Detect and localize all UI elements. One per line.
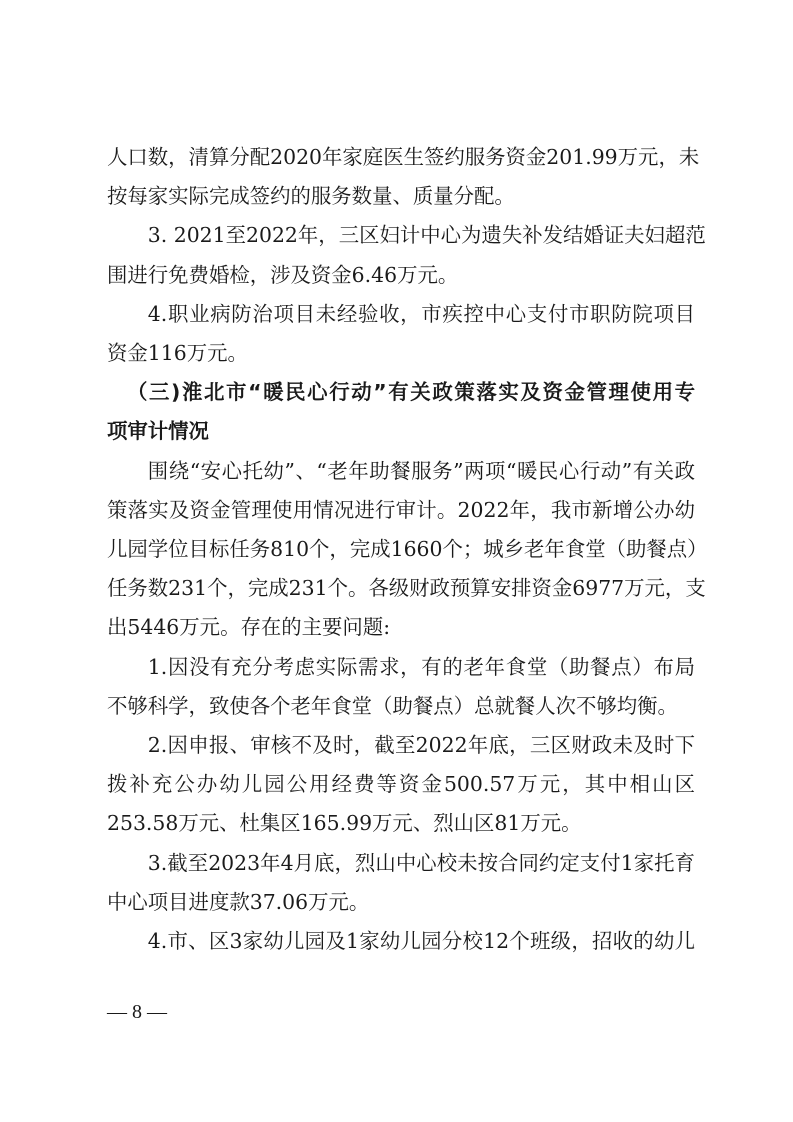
paragraph-item-3-premarital-check: 3. 2021至2022年，三区妇计中心为遗失补发结婚证夫妇超范 围进行免费婚检…: [107, 216, 695, 294]
text-line: 253.58万元、杜集区165.99万元、烈山区81万元。: [107, 804, 695, 843]
paragraph-issue-4: 4.市、区3家幼儿园及1家幼儿园分校12个班级，招收的幼儿: [107, 922, 695, 961]
paragraph-item-4-occupational-disease: 4.职业病防治项目未经验收，市疾控中心支付市职防院项目 资金116万元。: [107, 295, 695, 373]
text-line: 中心项目进度款37.06万元。: [107, 883, 695, 922]
page-number: — 8 —: [107, 1001, 167, 1024]
paragraph-family-doctor-funds: 人口数，清算分配2020年家庭医生签约服务资金201.99万元，未 按每家实际完…: [107, 138, 695, 216]
text-line: 人口数，清算分配2020年家庭医生签约服务资金201.99万元，未: [107, 138, 695, 177]
text-line: 围进行免费婚检，涉及资金6.46万元。: [107, 256, 695, 295]
text-line: 出5446万元。存在的主要问题:: [107, 608, 695, 647]
text-line: 4.市、区3家幼儿园及1家幼儿园分校12个班级，招收的幼儿: [107, 922, 695, 961]
paragraph-audit-overview: 围绕“安心托幼”、“老年助餐服务”两项“暖民心行动”有关政 策落实及资金管理使用…: [107, 452, 695, 648]
text-line: 4.职业病防治项目未经验收，市疾控中心支付市职防院项目: [107, 295, 695, 334]
text-line: 拨补充公办幼儿园公用经费等资金500.57万元，其中相山区: [107, 765, 695, 804]
text-line: 1.因没有充分考虑实际需求，有的老年食堂（助餐点）布局: [107, 648, 695, 687]
text-line: 资金116万元。: [107, 334, 695, 373]
paragraph-issue-2: 2.因申报、审核不及时，截至2022年底，三区财政未及时下 拨补充公办幼儿园公用…: [107, 726, 695, 844]
text-line: 任务数231个，完成231个。各级财政预算安排资金6977万元，支: [107, 569, 695, 608]
heading-line: 项审计情况: [107, 412, 695, 451]
paragraph-issue-3: 3.截至2023年4月底，烈山中心校未按合同约定支付1家托育 中心项目进度款37…: [107, 844, 695, 922]
text-line: 不够科学，致使各个老年食堂（助餐点）总就餐人次不够均衡。: [107, 687, 695, 726]
text-line: 按每家实际完成签约的服务数量、质量分配。: [107, 177, 695, 216]
paragraph-issue-1: 1.因没有充分考虑实际需求，有的老年食堂（助餐点）布局 不够科学，致使各个老年食…: [107, 648, 695, 726]
section-heading-3: （三)淮北市“暖民心行动”有关政策落实及资金管理使用专 项审计情况: [107, 373, 695, 451]
text-line: 围绕“安心托幼”、“老年助餐服务”两项“暖民心行动”有关政: [107, 452, 695, 491]
text-line: 策落实及资金管理使用情况进行审计。2022年，我市新增公办幼: [107, 491, 695, 530]
text-line: 3. 2021至2022年，三区妇计中心为遗失补发结婚证夫妇超范: [107, 216, 695, 255]
text-line: 儿园学位目标任务810个，完成1660个；城乡老年食堂（助餐点）: [107, 530, 695, 569]
document-page: 人口数，清算分配2020年家庭医生签约服务资金201.99万元，未 按每家实际完…: [107, 138, 695, 961]
text-line: 2.因申报、审核不及时，截至2022年底，三区财政未及时下: [107, 726, 695, 765]
text-line: 3.截至2023年4月底，烈山中心校未按合同约定支付1家托育: [107, 844, 695, 883]
heading-line: （三)淮北市“暖民心行动”有关政策落实及资金管理使用专: [107, 373, 695, 412]
